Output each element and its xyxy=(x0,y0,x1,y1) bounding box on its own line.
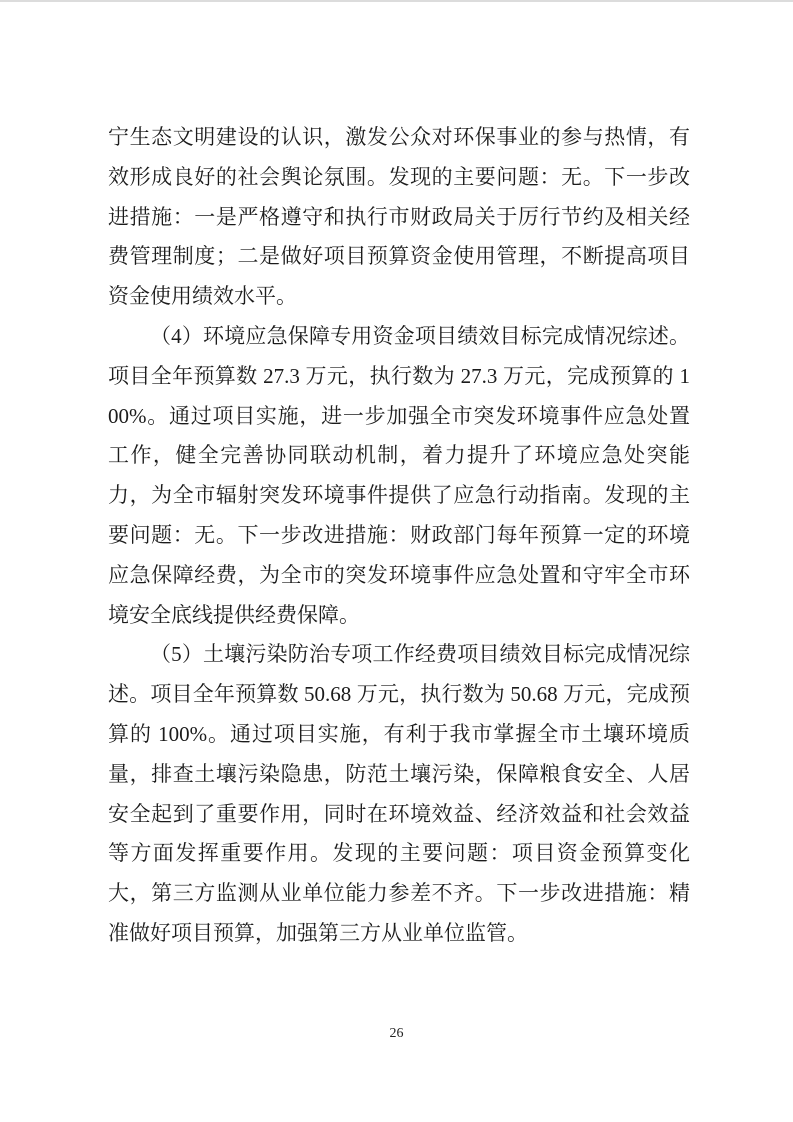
page-number: 26 xyxy=(0,1026,793,1042)
document-page: 宁生态文明建设的认识，激发公众对环保事业的参与热情，有效形成良好的社会舆论氛围。… xyxy=(0,0,793,1122)
paragraph: （5）土壤污染防治专项工作经费项目绩效目标完成情况综述。项目全年预算数 50.6… xyxy=(108,635,690,953)
document-body: 宁生态文明建设的认识，激发公众对环保事业的参与热情，有效形成良好的社会舆论氛围。… xyxy=(108,118,690,954)
paragraph: 宁生态文明建设的认识，激发公众对环保事业的参与热情，有效形成良好的社会舆论氛围。… xyxy=(108,118,690,317)
paragraph: （4）环境应急保障专用资金项目绩效目标完成情况综述。项目全年预算数 27.3 万… xyxy=(108,317,690,635)
